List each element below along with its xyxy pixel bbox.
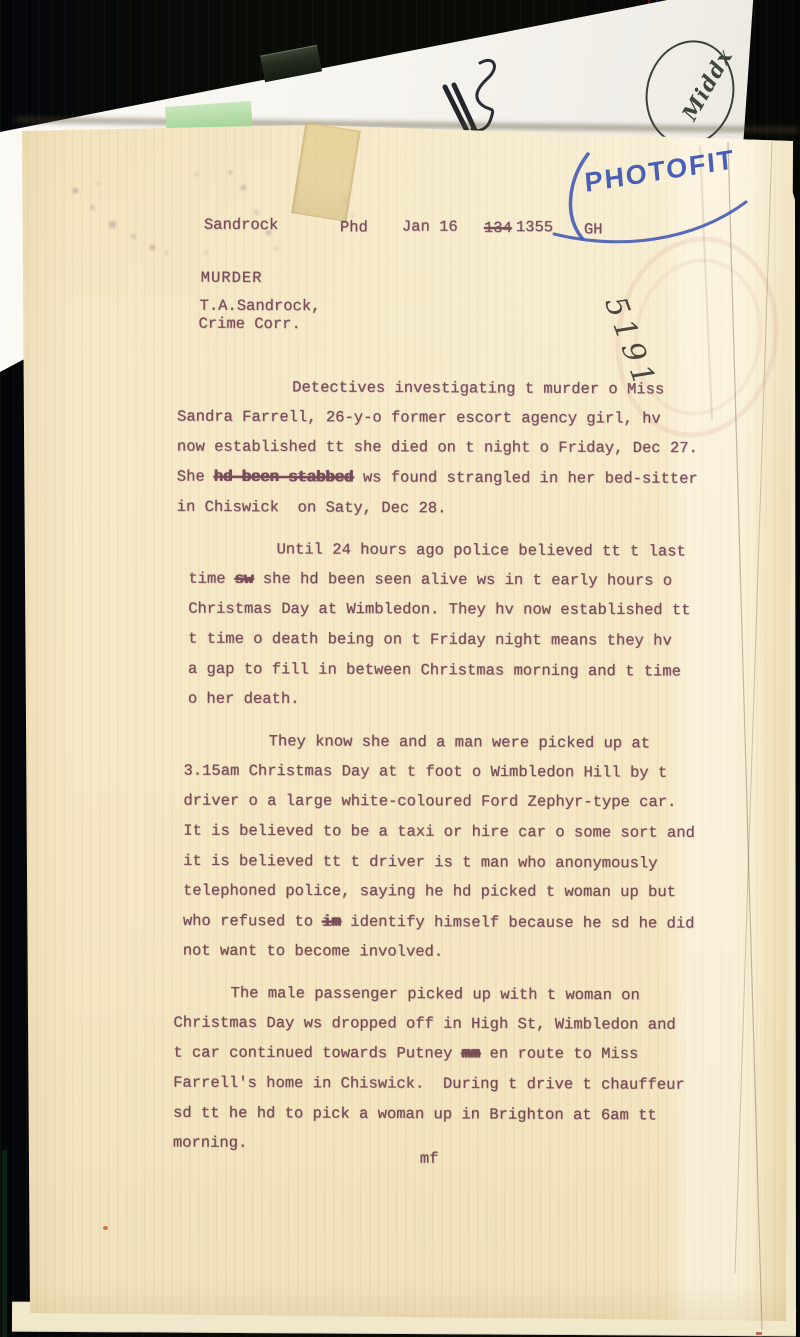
paragraph: Detectives investigating t murder o Miss… — [177, 372, 740, 524]
typed-line: Sandra Farrell, 26-y-o former escort age… — [177, 402, 739, 434]
story-slug: MURDER — [201, 269, 263, 287]
typed-line: now established tt she died on t night o… — [177, 432, 739, 464]
header-date: Jan 16 — [402, 218, 458, 236]
typed-line: 3.15am Christmas Day at t foot o Wimbled… — [183, 756, 737, 788]
typed-line: The male passenger picked up with t woma… — [173, 978, 736, 1011]
typed-line: morning. — [173, 1128, 736, 1160]
paragraph: Until 24 hours ago police believed tt t … — [188, 534, 739, 716]
typed-line: time sw she hd been seen alive ws in t e… — [188, 564, 738, 596]
typed-line: it is believed tt t driver is t man who … — [183, 846, 737, 879]
typed-line: in Chiswick on Saty, Dec 28. — [177, 492, 739, 525]
author-title: Crime Corr. — [198, 315, 300, 333]
author-name: T.A.Sandrock, — [200, 297, 321, 316]
typed-line: Until 24 hours ago police believed tt t … — [188, 534, 738, 567]
typed-line: o her death. — [188, 684, 738, 716]
typed-line: They know she and a man were picked up a… — [184, 726, 738, 759]
paragraph-block: Detectives investigating t murder o Miss… — [176, 372, 739, 1172]
typed-line: Christmas Day ws dropped off in High St,… — [173, 1008, 736, 1040]
header-code: Phd — [340, 218, 368, 236]
typed-line: t time o death being on t Friday night m… — [188, 624, 738, 656]
typed-line: Farrell's home in Chiswick. During t dri… — [173, 1068, 736, 1100]
paragraph: They know she and a man were picked up a… — [183, 726, 738, 968]
typed-line: telephoned police, saying he hd picked t… — [183, 876, 737, 908]
sign-off: mf — [420, 1150, 439, 1168]
paragraph: The male passenger picked up with t woma… — [173, 978, 737, 1160]
scanned-telegram-photo: Middx Sandrock Phd Jan 16 134 1355 GH MU… — [0, 0, 800, 1337]
typed-line: It is believed to be a taxi or hire car … — [183, 816, 737, 848]
typed-line: not want to become involved. — [183, 936, 737, 968]
typed-line: t car continued towards Putney mm en rou… — [173, 1038, 736, 1070]
header-struck-time: 134 — [484, 219, 512, 237]
typed-line: sd tt he hd to pick a woman up in Bright… — [173, 1098, 736, 1131]
header-byline: Sandrock — [204, 216, 278, 234]
typed-line: a gap to fill in between Christmas morni… — [188, 654, 738, 687]
typed-line: Christmas Day at Wimbledon. They hv now … — [188, 594, 738, 626]
typed-line: She hd been stabbed ws found strangled i… — [177, 462, 739, 494]
typed-line: who refused to im identify himself becau… — [183, 906, 737, 939]
typed-line: driver o a large white-coloured Ford Zep… — [183, 786, 737, 818]
